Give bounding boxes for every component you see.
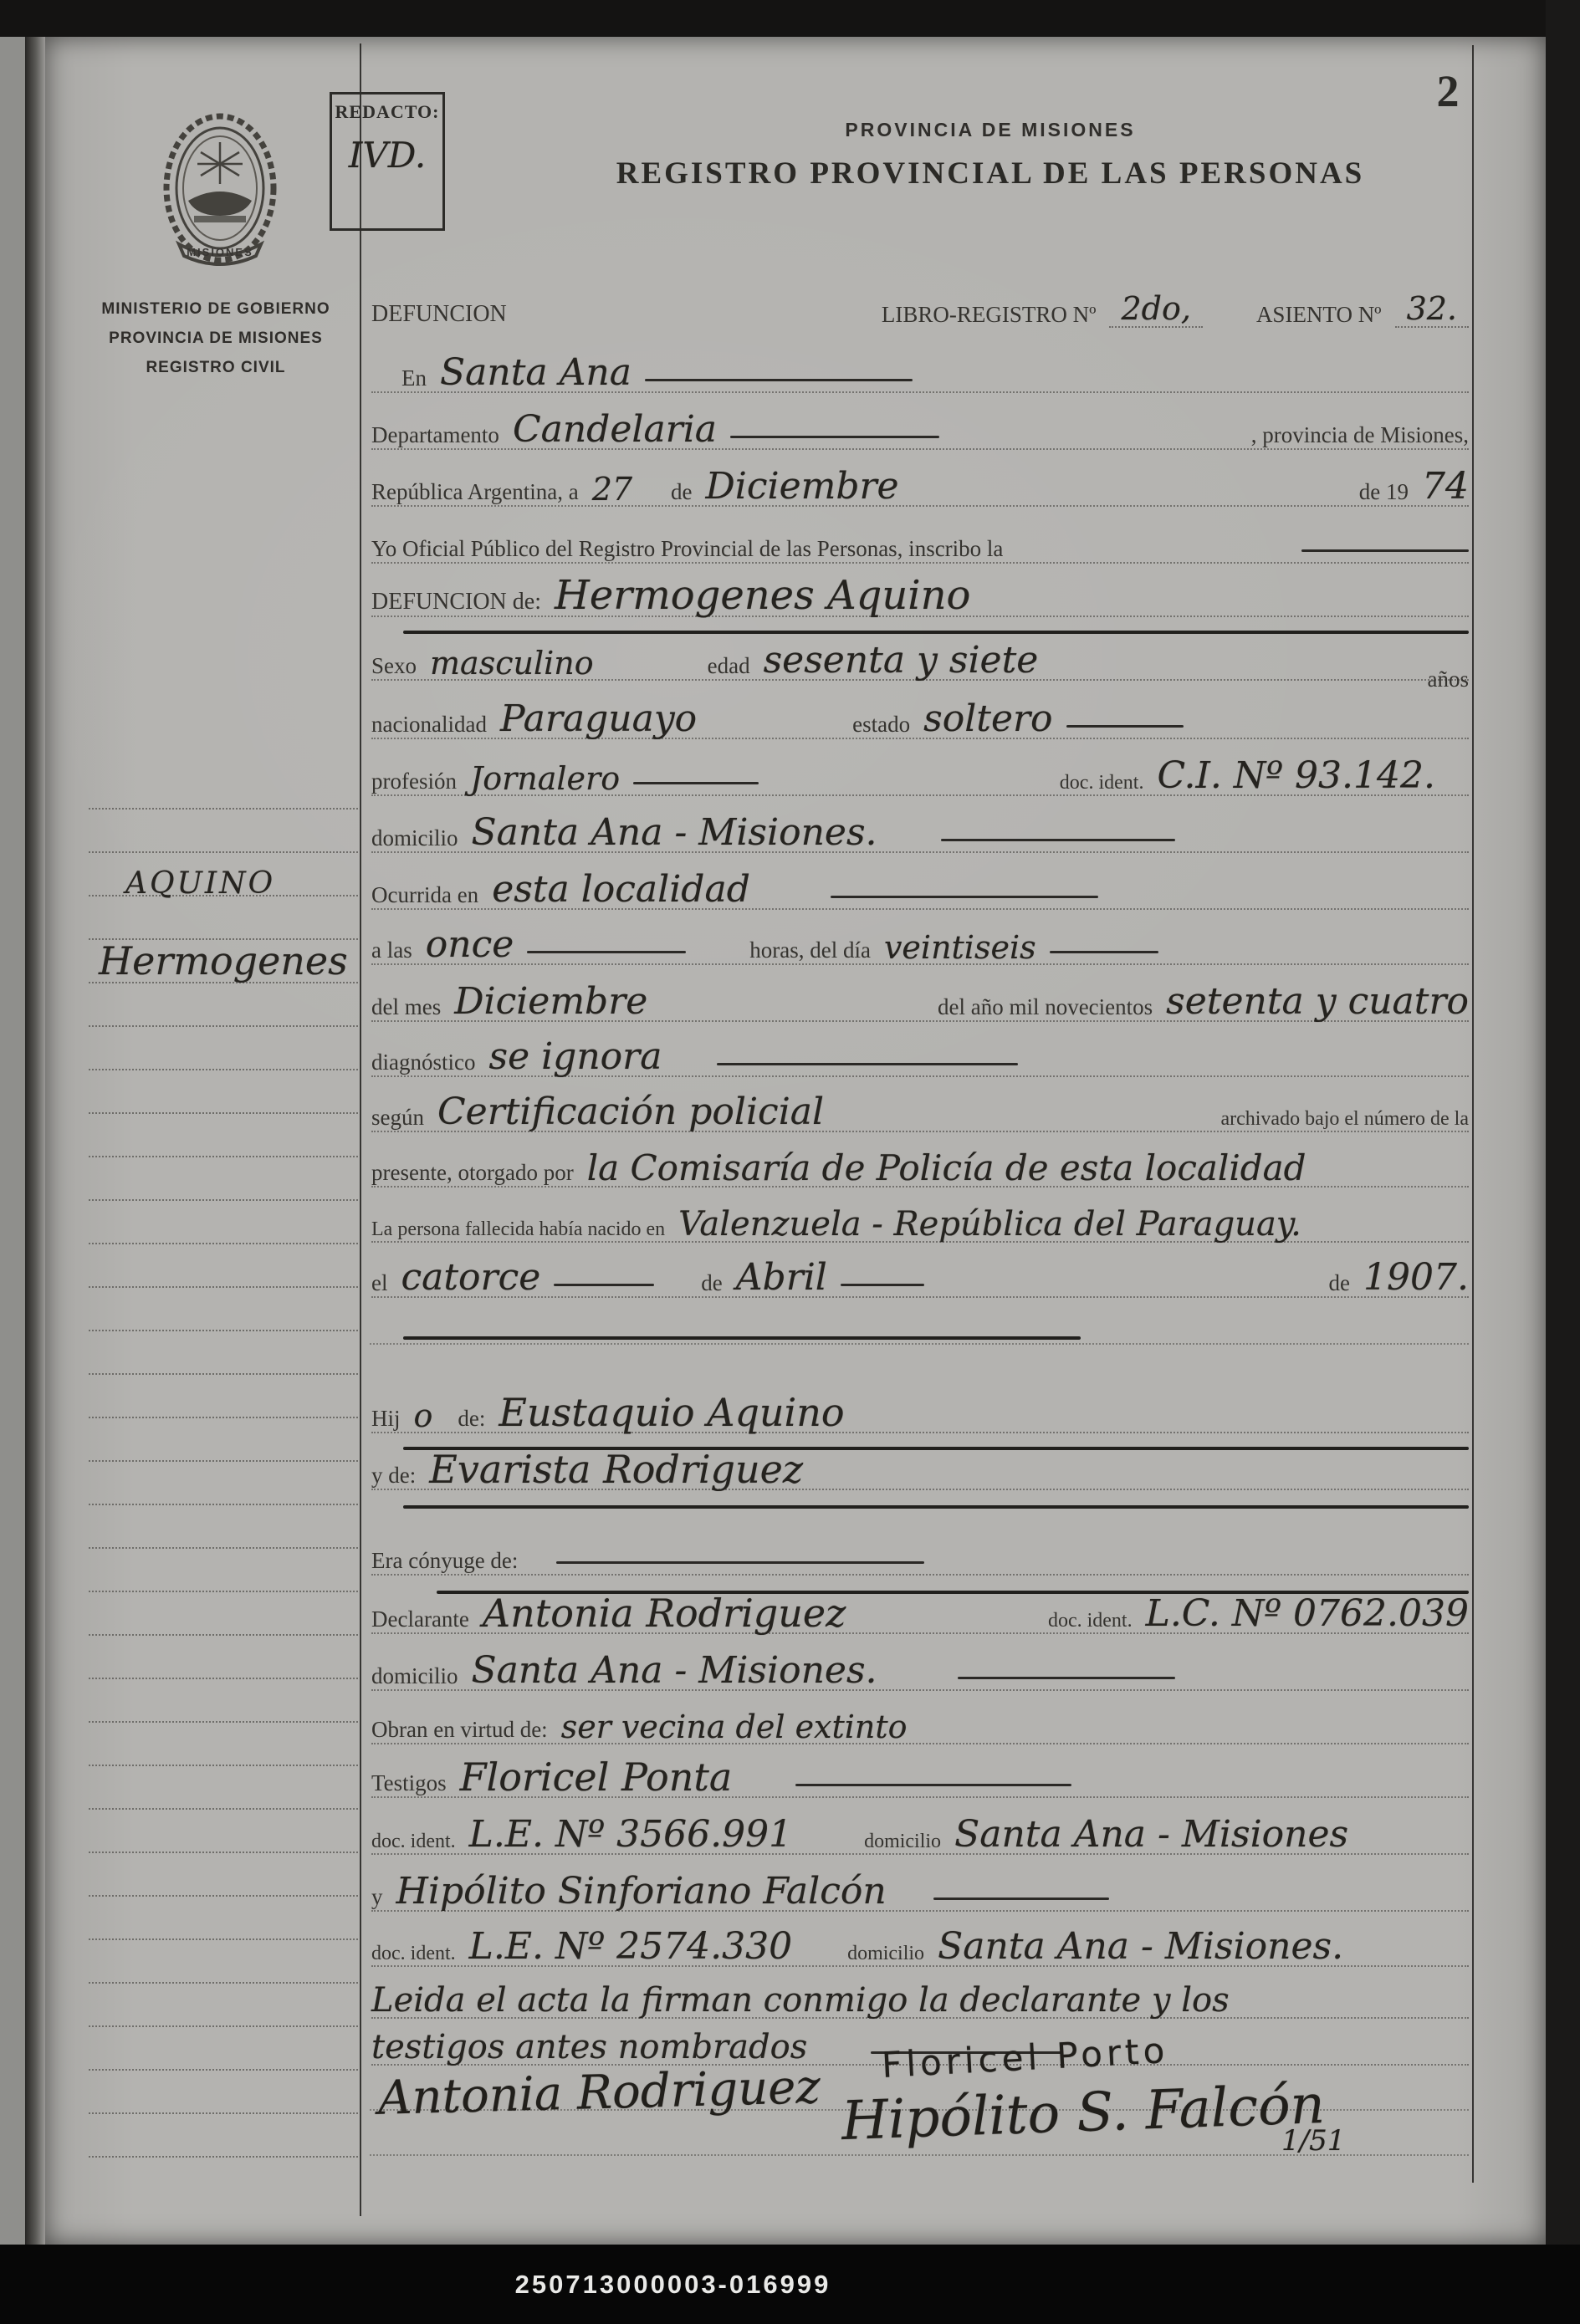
margin-dotted-line bbox=[89, 1417, 358, 1418]
margin-dotted-line bbox=[89, 1895, 358, 1897]
departamento-label: Departamento bbox=[371, 422, 499, 448]
row-date: República Argentina, a 27 de Diciembre d… bbox=[371, 462, 1469, 507]
row-hour-day: a las once horas, del día veintiseis bbox=[371, 920, 1469, 965]
margin-dotted-line bbox=[89, 1460, 358, 1462]
estado-label: estado bbox=[852, 712, 910, 738]
margin-dotted-line bbox=[89, 1243, 358, 1244]
hand-dash bbox=[958, 1677, 1175, 1679]
domicilio-value-handwriting: Santa Ana - Misiones. bbox=[472, 815, 877, 851]
decl-doc-label: doc. ident. bbox=[1048, 1610, 1133, 1632]
margin-dotted-line bbox=[89, 1373, 358, 1375]
horas-dia-label: horas, del día bbox=[749, 937, 871, 963]
closing1-handwriting: Leida el acta la firman conmigo la decla… bbox=[371, 1984, 1230, 2017]
dia-handwriting: veintiseis bbox=[884, 932, 1036, 963]
nac-ano-handwriting: 1907. bbox=[1363, 1259, 1469, 1296]
margin-dotted-line bbox=[89, 1025, 358, 1027]
delmes-label: del mes bbox=[371, 994, 441, 1020]
margin-dotted-line bbox=[89, 1330, 358, 1331]
scan-top-edge bbox=[0, 0, 1580, 37]
diagnostico-handwriting: se ignora bbox=[488, 1039, 662, 1075]
margin-dotted-line bbox=[89, 2112, 358, 2114]
row-occurred: Ocurrida en esta localidad bbox=[371, 865, 1469, 910]
margin-dotted-line bbox=[89, 1938, 358, 1940]
previous-page-edge bbox=[0, 0, 25, 2324]
nacido-label: La persona fallecida había nacido en bbox=[371, 1218, 665, 1241]
margin-dotted-line bbox=[89, 1112, 358, 1114]
ano-handwriting: setenta y cuatro bbox=[1166, 983, 1469, 1020]
row-witness1: Testigos Floricel Ponta bbox=[371, 1753, 1469, 1798]
declarante-handwriting: Antonia Rodriguez bbox=[483, 1594, 846, 1632]
edad-label: edad bbox=[708, 653, 750, 679]
t1-dom-handwriting: Santa Ana - Misiones bbox=[954, 1816, 1348, 1853]
nacionalidad-value-handwriting: Paraguayo bbox=[500, 701, 697, 738]
hand-dash bbox=[554, 1284, 654, 1286]
margin-annotation: 1/51 bbox=[1281, 2124, 1345, 2158]
obran-label: Obran en virtud de: bbox=[371, 1717, 548, 1743]
yde-label: y de: bbox=[371, 1463, 416, 1489]
deceased-name-handwriting: Hermogenes Aquino bbox=[555, 575, 970, 615]
row-month-year: del mes Diciembre del año mil noveciento… bbox=[371, 977, 1469, 1022]
svg-text:MISIONES: MISIONES bbox=[187, 246, 253, 258]
record-type-label: DEFUNCION bbox=[371, 301, 507, 328]
decl-doc-handwriting: L.C. Nº 0762.039 bbox=[1146, 1596, 1469, 1632]
declarante-label: Declarante bbox=[371, 1606, 469, 1632]
hand-dash bbox=[645, 379, 913, 381]
de19-label: de 19 bbox=[1359, 479, 1409, 505]
estado-value-handwriting: soltero bbox=[923, 701, 1052, 738]
hand-dash bbox=[1301, 549, 1469, 552]
hij-label: Hij bbox=[371, 1406, 401, 1432]
hand-dash bbox=[1050, 951, 1158, 953]
margin-dotted-line bbox=[89, 1156, 358, 1157]
row-deceased: DEFUNCION de: Hermogenes Aquino bbox=[371, 572, 1469, 617]
decl-dom-handwriting: Santa Ana - Misiones. bbox=[472, 1652, 877, 1689]
date-year-handwriting: 74 bbox=[1422, 468, 1469, 505]
hand-dash bbox=[633, 782, 759, 784]
row-closing-1: Leida el acta la firman conmigo la decla… bbox=[371, 1974, 1469, 2019]
witness2-signature: Hipólito S. Falcón bbox=[841, 2074, 1326, 2153]
row-declarant: Declarante Antonia Rodriguez doc. ident.… bbox=[371, 1589, 1469, 1634]
row-spouse: Era cónyuge de: bbox=[371, 1530, 1469, 1576]
t2-dom-handwriting: Santa Ana - Misiones. bbox=[938, 1928, 1343, 1965]
anos-label: años bbox=[1428, 667, 1470, 692]
row-profession: profesión Jornalero doc. ident. C.I. Nº … bbox=[371, 751, 1469, 796]
nac-mes-handwriting: Abril bbox=[736, 1259, 827, 1296]
testigo1-handwriting: Floricel Ponta bbox=[460, 1758, 733, 1796]
margin-dotted-line bbox=[89, 1678, 358, 1679]
agency-line-registry: REGISTRO CIVIL bbox=[69, 353, 363, 382]
t1-doc-handwriting: L.E. Nº 3566.991 bbox=[469, 1816, 792, 1853]
t2-doc-label: doc. ident. bbox=[371, 1943, 456, 1965]
row-nationality: nacionalidad Paraguayo estado soltero bbox=[371, 694, 1469, 739]
margin-dotted-line bbox=[89, 1591, 358, 1592]
province-title: PROVINCIA DE MISIONES bbox=[622, 119, 1358, 141]
margin-dotted-line bbox=[89, 1808, 358, 1810]
date-day-handwriting: 27 bbox=[592, 473, 632, 505]
doc-ident-label: doc. ident. bbox=[1060, 772, 1144, 794]
hand-dash bbox=[1066, 725, 1184, 728]
ocurrida-label: Ocurrida en bbox=[371, 882, 478, 908]
row-declarant-domicile: domicilio Santa Ana - Misiones. bbox=[371, 1646, 1469, 1691]
margin-dotted-line bbox=[89, 1765, 358, 1766]
margin-dotted-line bbox=[89, 851, 358, 853]
book-gutter-shadow bbox=[25, 0, 45, 2324]
el-label: el bbox=[371, 1270, 388, 1296]
row-registry-header: DEFUNCION LIBRO-REGISTRO Nº 2do, ASIENTO… bbox=[371, 284, 1469, 328]
page-number: 2 bbox=[1419, 65, 1477, 117]
sexo-value-handwriting: masculino bbox=[430, 647, 594, 679]
row-capacity: Obran en virtud de: ser vecina del extin… bbox=[371, 1699, 1469, 1744]
closing2-handwriting: testigos antes nombrados bbox=[371, 2030, 807, 2064]
row-witness1-doc: doc. ident. L.E. Nº 3566.991 domicilio S… bbox=[371, 1810, 1469, 1855]
nacionalidad-label: nacionalidad bbox=[371, 712, 487, 738]
declarant-signature: Antonia Rodriguez bbox=[377, 2060, 821, 2126]
archive-reference-code: 250713000003-016999 bbox=[515, 2270, 831, 2300]
margin-dotted-line bbox=[89, 2025, 358, 2027]
row-departamento: Departamento Candelaria , provincia de M… bbox=[371, 405, 1469, 450]
faint-rule bbox=[370, 1343, 1469, 1345]
segun-label: según bbox=[371, 1105, 424, 1131]
t2-dom-label: domicilio bbox=[847, 1943, 924, 1965]
hand-dash bbox=[795, 1784, 1071, 1786]
margin-dotted-line bbox=[89, 1504, 358, 1505]
otorgante-handwriting: la Comisaría de Policía de esta localida… bbox=[587, 1151, 1306, 1186]
nac-dia-handwriting: catorce bbox=[401, 1259, 541, 1296]
profesion-value-handwriting: Jornalero bbox=[470, 763, 620, 794]
scan-bottom-strip: 250713000003-016999 bbox=[0, 2245, 1580, 2324]
diagnostico-label: diagnóstico bbox=[371, 1050, 475, 1075]
lugar-fallecimiento-handwriting: esta localidad bbox=[492, 871, 750, 908]
row-domicile: domicilio Santa Ana - Misiones. bbox=[371, 808, 1469, 853]
heavy-underline bbox=[403, 1505, 1469, 1509]
obran-handwriting: ser vecina del extinto bbox=[561, 1711, 908, 1743]
domicilio-label: domicilio bbox=[371, 825, 458, 851]
en-label: En bbox=[401, 365, 427, 391]
edad-value-handwriting: sesenta y siete bbox=[764, 642, 1039, 679]
asiento-value: 32. bbox=[1395, 293, 1469, 328]
margin-dotted-line bbox=[89, 1547, 358, 1549]
margin-dotted-line bbox=[89, 1852, 358, 1853]
decl-dom-label: domicilio bbox=[371, 1663, 458, 1689]
madre-handwriting: Evarista Rodriguez bbox=[429, 1450, 803, 1489]
misiones-provincial-seal-icon: MISIONES bbox=[161, 109, 279, 276]
agency-line-ministry: MINISTERIO DE GOBIERNO bbox=[69, 294, 363, 324]
archivado-suffix: archivado bajo el número de la bbox=[1220, 1108, 1469, 1131]
margin-dotted-line bbox=[89, 1069, 358, 1070]
row-sex-age: Sexo masculino edad sesenta y siete años bbox=[371, 636, 1469, 681]
hand-dash bbox=[941, 839, 1175, 841]
asiento-label: ASIENTO Nº bbox=[1256, 302, 1382, 328]
registry-title: REGISTRO PROVINCIAL DE LAS PERSONAS bbox=[497, 156, 1484, 192]
provincia-suffix: , provincia de Misiones, bbox=[1251, 422, 1469, 448]
agency-line-province: PROVINCIA DE MISIONES bbox=[69, 324, 363, 353]
margin-dotted-line bbox=[89, 2156, 358, 2158]
t2-doc-handwriting: L.E. Nº 2574.330 bbox=[469, 1928, 792, 1965]
t1-doc-label: doc. ident. bbox=[371, 1831, 456, 1853]
lugar-nacimiento-handwriting: Valenzuela - República del Paraguay. bbox=[678, 1208, 1301, 1241]
margin-dotted-line bbox=[89, 1721, 358, 1723]
margin-dotted-line bbox=[89, 1199, 358, 1201]
hijo-gender-handwriting: o bbox=[414, 1400, 433, 1432]
hand-dash bbox=[717, 1063, 1018, 1065]
conyuge-label: Era cónyuge de: bbox=[371, 1548, 518, 1574]
padre-handwriting: Eustaquio Aquino bbox=[499, 1393, 844, 1432]
row-birthdate: el catorce de Abril de 1907. bbox=[371, 1253, 1469, 1298]
y-label: y bbox=[371, 1884, 383, 1910]
hand-long-dash-line bbox=[403, 1336, 1081, 1340]
redacto-label: REDACTO: bbox=[332, 101, 442, 123]
nac-de1-label: de bbox=[701, 1270, 722, 1296]
row-official: Yo Oficial Público del Registro Provinci… bbox=[371, 518, 1469, 564]
agency-block: MINISTERIO DE GOBIERNO PROVINCIA DE MISI… bbox=[69, 294, 363, 382]
profesion-label: profesión bbox=[371, 769, 457, 794]
heavy-underline bbox=[403, 631, 1469, 634]
hora-handwriting: once bbox=[426, 927, 514, 963]
hand-dash bbox=[556, 1561, 924, 1564]
margin-dotted-line bbox=[89, 1634, 358, 1636]
row-place: En Santa Ana bbox=[371, 348, 1469, 393]
margin-dotted-line bbox=[89, 1982, 358, 1984]
departamento-value-handwriting: Candelaria bbox=[513, 411, 717, 448]
hand-dash bbox=[933, 1898, 1109, 1900]
hand-dash bbox=[831, 896, 1098, 898]
republica-label: República Argentina, a bbox=[371, 479, 579, 505]
testigos-label: Testigos bbox=[371, 1770, 447, 1796]
official-line: Yo Oficial Público del Registro Provinci… bbox=[371, 536, 1003, 562]
segun-handwriting: Certificación policial bbox=[437, 1094, 824, 1131]
margin-surname-handwriting: AQUINO bbox=[125, 866, 275, 901]
presente-label: presente, otorgado por bbox=[371, 1160, 574, 1186]
margin-given-name-handwriting: Hermogenes bbox=[99, 938, 348, 983]
testigo2-handwriting: Hipólito Sinforiano Falcón bbox=[396, 1873, 887, 1910]
row-witness2-doc: doc. ident. L.E. Nº 2574.330 domicilio S… bbox=[371, 1922, 1469, 1967]
redacto-box: REDACTO: IVD. bbox=[330, 92, 445, 231]
t1-dom-label: domicilio bbox=[864, 1831, 941, 1853]
margin-dotted-line bbox=[89, 2069, 358, 2071]
form-right-border bbox=[1472, 45, 1474, 2183]
row-father: Hij o de: Eustaquio Aquino bbox=[371, 1388, 1469, 1433]
scan-right-edge bbox=[1546, 0, 1580, 2324]
libro-registro-label: LIBRO-REGISTRO Nº bbox=[882, 302, 1097, 328]
defuncion-de-label: DEFUNCION de: bbox=[371, 589, 541, 615]
row-birthplace: La persona fallecida había nacido en Val… bbox=[371, 1198, 1469, 1243]
row-witness2: y Hipólito Sinforiano Falcón bbox=[371, 1867, 1469, 1912]
death-certificate-page: 2 REDACTO: IVD. PROVINCIA DE MISIONES RE… bbox=[45, 37, 1546, 2245]
row-issuer: presente, otorgado por la Comisaría de P… bbox=[371, 1142, 1469, 1188]
scanned-book-background: 2 REDACTO: IVD. PROVINCIA DE MISIONES RE… bbox=[0, 0, 1580, 2324]
place-value-handwriting: Santa Ana bbox=[440, 355, 631, 391]
libro-registro-value: 2do, bbox=[1109, 293, 1202, 328]
margin-dotted-line bbox=[89, 1286, 358, 1288]
delano-label: del año mil novecientos bbox=[938, 994, 1153, 1020]
de-label: de bbox=[671, 479, 692, 505]
hij-de-label: de: bbox=[458, 1406, 485, 1432]
nac-de2-label: de bbox=[1329, 1270, 1350, 1296]
redacto-initials-handwriting: IVD. bbox=[332, 138, 442, 173]
hand-dash bbox=[841, 1284, 924, 1286]
mes-handwriting: Diciembre bbox=[454, 983, 647, 1020]
row-diagnosis: diagnóstico se ignora bbox=[371, 1032, 1469, 1077]
alas-label: a las bbox=[371, 937, 412, 963]
hand-dash bbox=[527, 951, 686, 953]
margin-dotted-line bbox=[89, 808, 358, 810]
hand-dash bbox=[730, 436, 939, 438]
doc-ident-value-handwriting: C.I. Nº 93.142. bbox=[1157, 758, 1435, 794]
row-certification: según Certificación policial archivado b… bbox=[371, 1087, 1469, 1132]
row-mother: y de: Evarista Rodriguez bbox=[371, 1445, 1469, 1490]
date-month-handwriting: Diciembre bbox=[706, 468, 899, 505]
sexo-label: Sexo bbox=[371, 653, 417, 679]
